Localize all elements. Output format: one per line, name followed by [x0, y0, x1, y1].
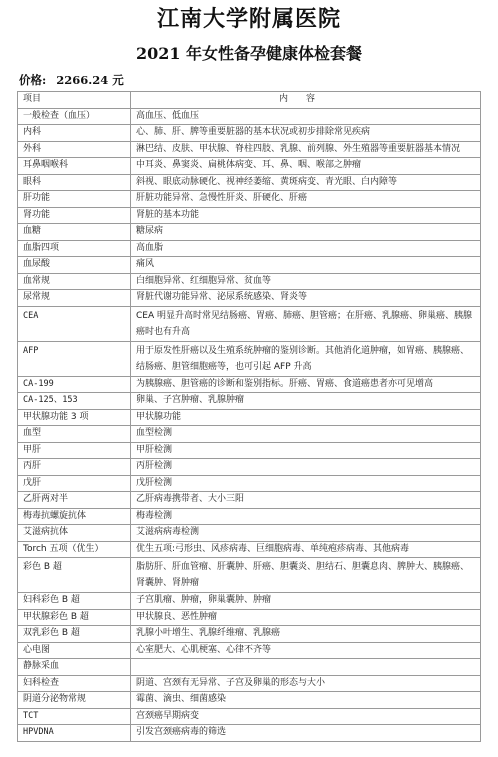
row-item-name: 乙肝两对半 — [18, 492, 131, 509]
table-row: 血型血型检测 — [18, 426, 481, 443]
row-item-content: 霉菌、滴虫、细菌感染 — [131, 692, 481, 709]
row-item-content: 宫颈癌早期病变 — [131, 708, 481, 725]
row-item-name: Torch 五项（优生） — [18, 541, 131, 558]
row-item-content: 痛风 — [131, 257, 481, 274]
row-item-name: 血型 — [18, 426, 131, 443]
table-row: 彩色 B 超脂肪肝、肝血管瘤、肝囊肿、肝癌、胆囊炎、胆结石、胆囊息肉、脾肿大、胰… — [18, 558, 481, 593]
table-row: CA-125、153卵巢、子宫肿瘤、乳腺肿瘤 — [18, 393, 481, 410]
row-item-content: 肝脏功能异常、急慢性肝炎、肝硬化、肝癌 — [131, 191, 481, 208]
table-row: 艾滋病抗体艾滋病病毒检测 — [18, 525, 481, 542]
row-item-content: 肾脏的基本功能 — [131, 207, 481, 224]
row-item-content: 高血压、低血压 — [131, 108, 481, 125]
row-item-content: 引发宫颈癌病毒的筛选 — [131, 725, 481, 742]
row-item-content: 糖尿病 — [131, 224, 481, 241]
row-item-name: 静脉采血 — [18, 659, 131, 676]
row-item-content: 丙肝检测 — [131, 459, 481, 476]
row-item-name: 甲肝 — [18, 442, 131, 459]
row-item-name: 戊肝 — [18, 475, 131, 492]
row-item-content: 乳腺小叶增生、乳腺纤维瘤、乳腺癌 — [131, 626, 481, 643]
table-row: 耳鼻咽喉科中耳炎、鼻窦炎、扁桃体病变、耳、鼻、咽、喉部之肿瘤 — [18, 158, 481, 175]
row-item-content: 甲状腺功能 — [131, 409, 481, 426]
row-item-content: 心室肥大、心肌梗塞、心律不齐等 — [131, 642, 481, 659]
row-item-name: CEA — [18, 306, 131, 341]
row-item-name: 妇科检查 — [18, 675, 131, 692]
table-row: 眼科斜视、眼底动脉硬化、视神经萎缩、黄斑病变、青光眼、白内障等 — [18, 174, 481, 191]
row-item-content: 卵巢、子宫肿瘤、乳腺肿瘤 — [131, 393, 481, 410]
table-header-row: 项目 内容 — [18, 92, 481, 109]
row-item-content: 艾滋病病毒检测 — [131, 525, 481, 542]
table-row: AFP用于原发性肝癌以及生殖系统肿瘤的鉴别诊断。其他消化道肿瘤，如胃癌、胰腺癌、… — [18, 341, 481, 376]
price-label: 价格: — [19, 73, 46, 87]
price-value: 2266.24 元 — [56, 73, 124, 87]
table-row: 血糖糖尿病 — [18, 224, 481, 241]
table-row: 丙肝丙肝检测 — [18, 459, 481, 476]
hospital-name: 江南大学附属医院 — [0, 4, 498, 34]
table-row: 肝功能肝脏功能异常、急慢性肝炎、肝硬化、肝癌 — [18, 191, 481, 208]
table-row: 内科心、肺、肝、脾等重要脏器的基本状况或初步排除常见疾病 — [18, 125, 481, 142]
row-item-content: 血型检测 — [131, 426, 481, 443]
row-item-content — [131, 659, 481, 676]
row-item-content: 斜视、眼底动脉硬化、视神经萎缩、黄斑病变、青光眼、白内障等 — [131, 174, 481, 191]
table-row: 尿常规肾脏代谢功能异常、泌尿系统感染、肾炎等 — [18, 290, 481, 307]
table-row: HPVDNA引发宫颈癌病毒的筛选 — [18, 725, 481, 742]
row-item-name: 耳鼻咽喉科 — [18, 158, 131, 175]
row-item-content: 淋巴结、皮肤、甲状腺、脊柱四肢、乳腺、前列腺、外生殖器等重要脏器基本情况 — [131, 141, 481, 158]
row-item-name: 甲状腺功能 3 项 — [18, 409, 131, 426]
table-row: 一般检查（血压）高血压、低血压 — [18, 108, 481, 125]
row-item-name: 血尿酸 — [18, 257, 131, 274]
row-item-name: 梅毒抗螺旋抗体 — [18, 508, 131, 525]
row-item-name: 血糖 — [18, 224, 131, 241]
table-row: 肾功能肾脏的基本功能 — [18, 207, 481, 224]
table-row: 外科淋巴结、皮肤、甲状腺、脊柱四肢、乳腺、前列腺、外生殖器等重要脏器基本情况 — [18, 141, 481, 158]
table-row: 甲状腺功能 3 项甲状腺功能 — [18, 409, 481, 426]
row-item-content: 优生五项:弓形虫、风疹病毒、巨细胞病毒、单纯疱疹病毒、其他病毒 — [131, 541, 481, 558]
table-row: CEACEA 明显升高时常见结肠癌、胃癌、肺癌、胆管癌；在肝癌、乳腺癌、卵巢癌、… — [18, 306, 481, 341]
checkup-items-table: 项目 内容 一般检查（血压）高血压、低血压内科心、肺、肝、脾等重要脏器的基本状况… — [17, 91, 481, 742]
row-item-name: 阴道分泌物常规 — [18, 692, 131, 709]
table-row: Torch 五项（优生）优生五项:弓形虫、风疹病毒、巨细胞病毒、单纯疱疹病毒、其… — [18, 541, 481, 558]
row-item-content: 用于原发性肝癌以及生殖系统肿瘤的鉴别诊断。其他消化道肿瘤，如胃癌、胰腺癌、结肠癌… — [131, 341, 481, 376]
row-item-content: 戊肝检测 — [131, 475, 481, 492]
table-row: CA-199为胰腺癌、胆管癌的诊断和鉴别指标。肝癌、胃癌、食道癌患者亦可见增高 — [18, 376, 481, 393]
row-item-content: 脂肪肝、肝血管瘤、肝囊肿、肝癌、胆囊炎、胆结石、胆囊息肉、脾肿大、胰腺癌、肾囊肿… — [131, 558, 481, 593]
row-item-name: 甲状腺彩色 B 超 — [18, 609, 131, 626]
row-item-name: 双乳彩色 B 超 — [18, 626, 131, 643]
table-row: TCT宫颈癌早期病变 — [18, 708, 481, 725]
row-item-name: 妇科彩色 B 超 — [18, 593, 131, 610]
row-item-content: 高血脂 — [131, 240, 481, 257]
row-item-name: AFP — [18, 341, 131, 376]
table-row: 血常规白细胞异常、红细胞异常、贫血等 — [18, 273, 481, 290]
table-row: 阴道分泌物常规霉菌、滴虫、细菌感染 — [18, 692, 481, 709]
row-item-content: 子宫肌瘤、肿瘤，卵巢囊肿、肿瘤 — [131, 593, 481, 610]
table-row: 戊肝戊肝检测 — [18, 475, 481, 492]
row-item-name: TCT — [18, 708, 131, 725]
row-item-content: 乙肝病毒携带者、大小三阳 — [131, 492, 481, 509]
row-item-content: 为胰腺癌、胆管癌的诊断和鉴别指标。肝癌、胃癌、食道癌患者亦可见增高 — [131, 376, 481, 393]
price-line: 价格:2266.24 元 — [19, 72, 124, 88]
column-header-item: 项目 — [18, 92, 131, 109]
row-item-name: 艾滋病抗体 — [18, 525, 131, 542]
row-item-name: 内科 — [18, 125, 131, 142]
row-item-name: CA-199 — [18, 376, 131, 393]
package-title: 2021 年女性备孕健康体检套餐 — [0, 42, 498, 66]
table-row: 双乳彩色 B 超乳腺小叶增生、乳腺纤维瘤、乳腺癌 — [18, 626, 481, 643]
row-item-name: 彩色 B 超 — [18, 558, 131, 593]
row-item-name: 丙肝 — [18, 459, 131, 476]
table-row: 妇科检查阴道、宫颈有无异常、子宫及卵巢的形态与大小 — [18, 675, 481, 692]
row-item-content: 心、肺、肝、脾等重要脏器的基本状况或初步排除常见疾病 — [131, 125, 481, 142]
row-item-name: 眼科 — [18, 174, 131, 191]
table-row: 血脂四项高血脂 — [18, 240, 481, 257]
table-row: 乙肝两对半乙肝病毒携带者、大小三阳 — [18, 492, 481, 509]
row-item-content: 肾脏代谢功能异常、泌尿系统感染、肾炎等 — [131, 290, 481, 307]
row-item-name: 血脂四项 — [18, 240, 131, 257]
table-row: 妇科彩色 B 超子宫肌瘤、肿瘤，卵巢囊肿、肿瘤 — [18, 593, 481, 610]
table-row: 梅毒抗螺旋抗体梅毒检测 — [18, 508, 481, 525]
row-item-content: 白细胞异常、红细胞异常、贫血等 — [131, 273, 481, 290]
table-row: 心电图心室肥大、心肌梗塞、心律不齐等 — [18, 642, 481, 659]
row-item-content: 中耳炎、鼻窦炎、扁桃体病变、耳、鼻、咽、喉部之肿瘤 — [131, 158, 481, 175]
row-item-name: 一般检查（血压） — [18, 108, 131, 125]
row-item-name: 尿常规 — [18, 290, 131, 307]
table-row: 血尿酸痛风 — [18, 257, 481, 274]
row-item-content: CEA 明显升高时常见结肠癌、胃癌、肺癌、胆管癌；在肝癌、乳腺癌、卵巢癌、胰腺癌… — [131, 306, 481, 341]
column-header-content: 内容 — [131, 92, 481, 109]
row-item-name: 血常规 — [18, 273, 131, 290]
row-item-name: 心电图 — [18, 642, 131, 659]
row-item-name: CA-125、153 — [18, 393, 131, 410]
row-item-name: HPVDNA — [18, 725, 131, 742]
row-item-name: 肝功能 — [18, 191, 131, 208]
row-item-content: 甲肝检测 — [131, 442, 481, 459]
row-item-name: 外科 — [18, 141, 131, 158]
table-row: 甲肝甲肝检测 — [18, 442, 481, 459]
table-row: 甲状腺彩色 B 超甲状腺良、恶性肿瘤 — [18, 609, 481, 626]
row-item-content: 阴道、宫颈有无异常、子宫及卵巢的形态与大小 — [131, 675, 481, 692]
row-item-content: 甲状腺良、恶性肿瘤 — [131, 609, 481, 626]
table-row: 静脉采血 — [18, 659, 481, 676]
row-item-name: 肾功能 — [18, 207, 131, 224]
row-item-content: 梅毒检测 — [131, 508, 481, 525]
